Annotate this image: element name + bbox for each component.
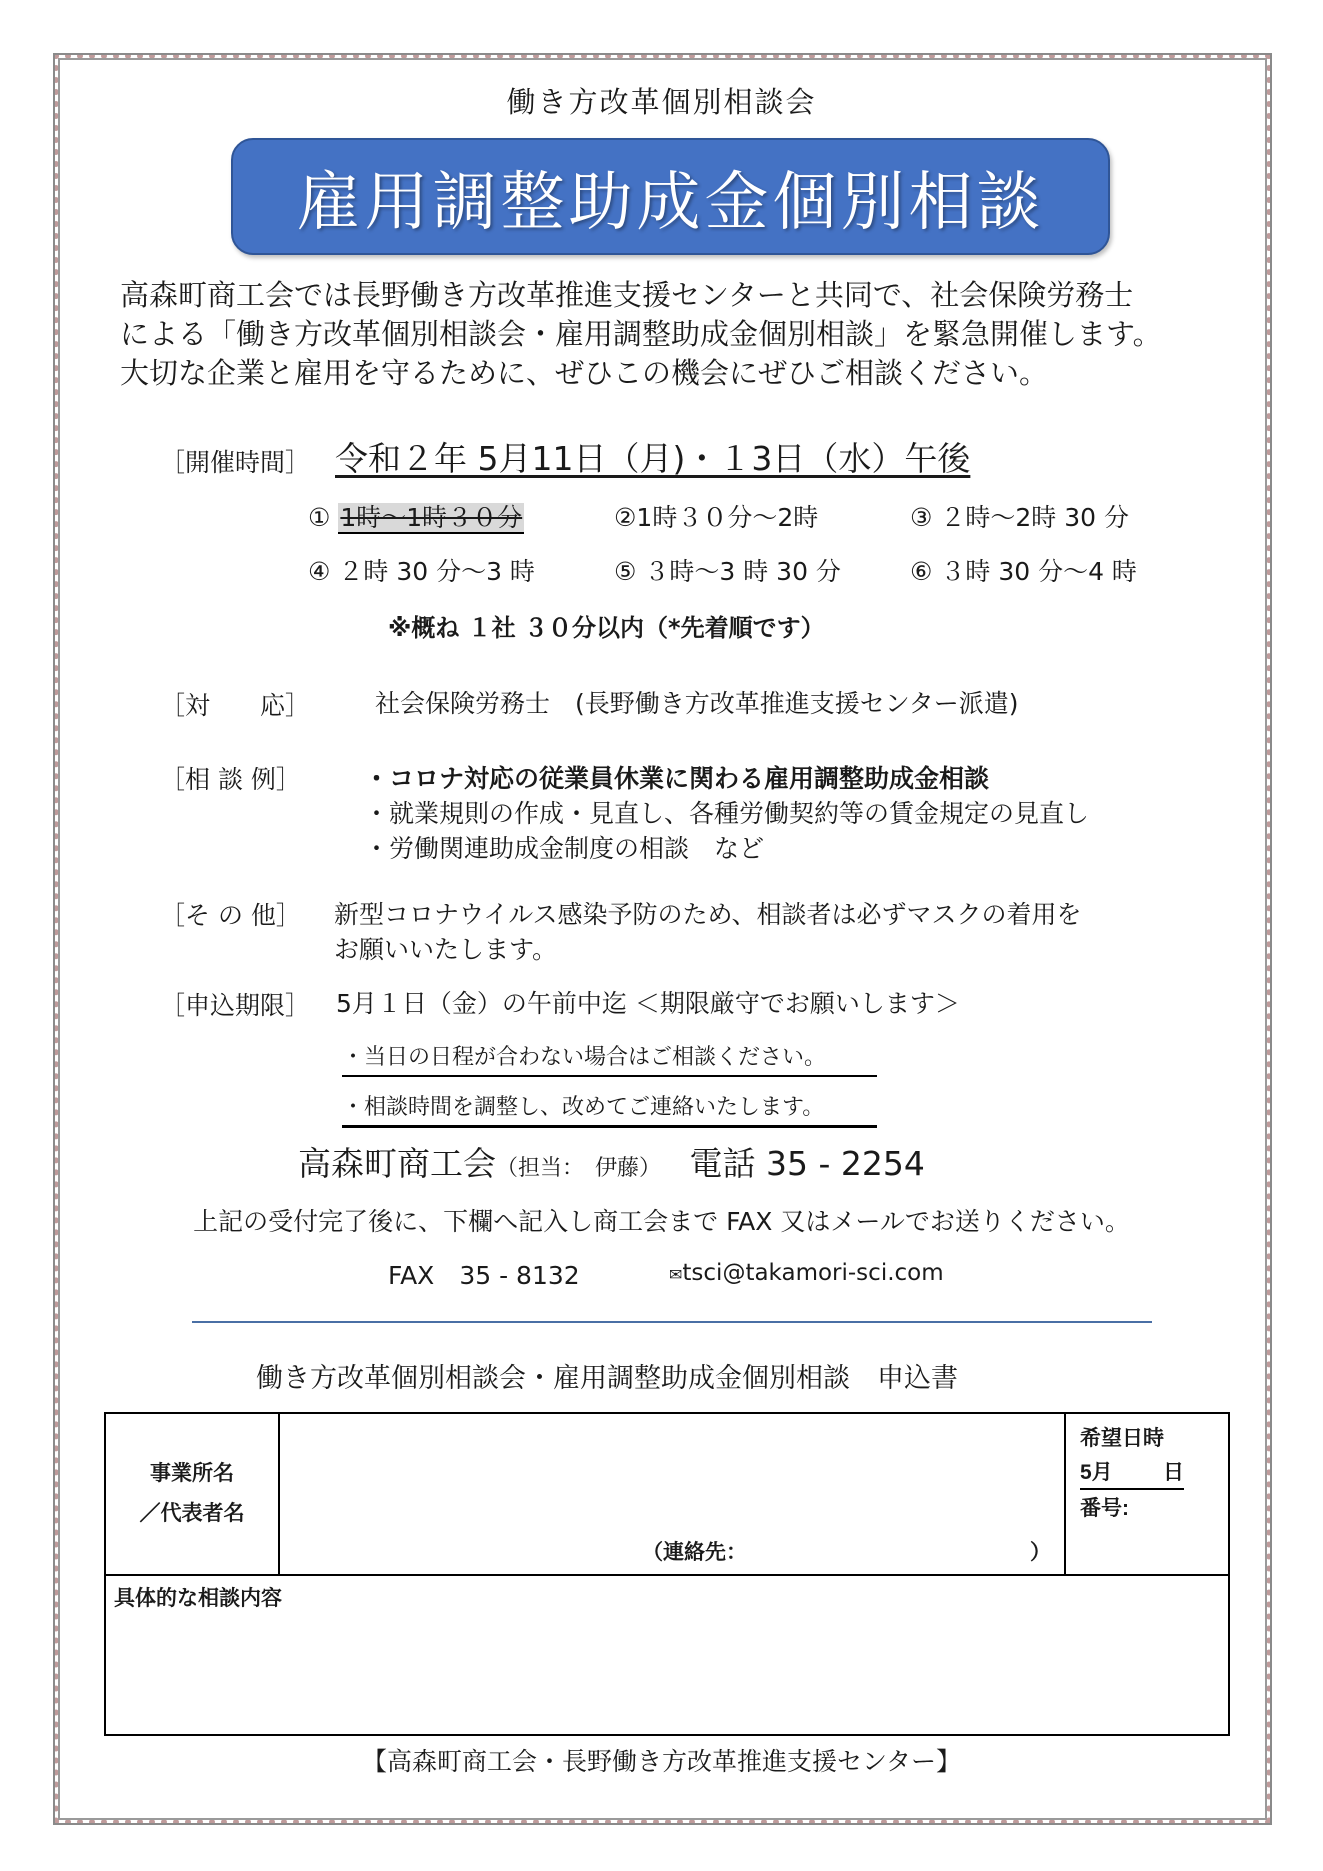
contact-instruction: 上記の受付完了後に、下欄へ記入し商工会まで FAX 又はメールでお送りください。 bbox=[0, 1202, 1323, 1238]
date-cell[interactable]: 希望日時 5月 日 番号: bbox=[1065, 1413, 1229, 1575]
slot-number: ① bbox=[308, 503, 330, 532]
responder-value: 社会保険労務士 (長野働き方改革推進支援センター派遣) bbox=[375, 684, 1019, 720]
example-item: ・就業規則の作成・見直し、各種労働契約等の賃金規定の見直し bbox=[364, 794, 1089, 830]
slot-number: ⑥ bbox=[910, 557, 932, 586]
contact-phone: 電話 35 - 2254 bbox=[690, 1144, 925, 1183]
footer-text: 【高森町商工会・長野働き方改革推進支援センター】 bbox=[0, 1742, 1323, 1778]
deadline-label: ［申込期限］ bbox=[160, 986, 310, 1022]
preferred-date-label: 希望日時 bbox=[1080, 1420, 1228, 1458]
details-cell[interactable]: 具体的な相談内容 bbox=[105, 1575, 1229, 1735]
example-item: ・労働関連助成金制度の相談 など bbox=[364, 829, 764, 865]
slot-6: ⑥ ３時 30 分～4 時 bbox=[910, 552, 1137, 588]
representative-label: ／代表者名 bbox=[106, 1494, 278, 1534]
contact-org: 高森町商工会 bbox=[298, 1144, 496, 1183]
slot-time: ２時 30 分～3 時 bbox=[338, 557, 535, 586]
other-line: お願いいたします。 bbox=[334, 930, 557, 966]
slot-3: ③ ２時～2時 30 分 bbox=[910, 498, 1129, 534]
schedule-date: 令和２年 5月11日（月)・１3日（水）午後 bbox=[335, 433, 970, 480]
intro-line: による「働き方改革個別相談会・雇用調整助成金個別相談」を緊急開催します。 bbox=[120, 315, 1220, 354]
contact-email-row: ✉tsci@takamori-sci.com bbox=[669, 1260, 944, 1286]
slot-2: ②1時３０分～2時 bbox=[614, 498, 818, 534]
intro-line: 高森町商工会では長野働き方改革推進支援センターと共同で、社会保険労務士 bbox=[120, 276, 1220, 315]
contact-close: ） bbox=[1030, 1536, 1051, 1566]
form-title: 働き方改革個別相談会・雇用調整助成金個別相談 申込書 bbox=[256, 1356, 958, 1395]
deadline-value: 5月１日（金）の午前中迄 ＜期限厳守でお願いします＞ bbox=[336, 984, 960, 1020]
contact-fax: FAX 35 - 8132 bbox=[388, 1256, 580, 1292]
banner-title: 雇用調整助成金個別相談 bbox=[297, 151, 1045, 243]
contact-line: 高森町商工会（担当： 伊藤） 電話 35 - 2254 bbox=[298, 1138, 925, 1185]
deadline-note: ・相談時間を調整し、改めてご連絡いたします。 bbox=[342, 1090, 877, 1128]
title-banner: 雇用調整助成金個別相談 bbox=[231, 138, 1110, 255]
slot-1: ① 1時～1時３０分 bbox=[308, 498, 524, 534]
deadline-note: ・当日の日程が合わない場合はご相談ください。 bbox=[342, 1040, 877, 1077]
subtitle: 働き方改革個別相談会 bbox=[0, 80, 1323, 121]
application-form: 事業所名 ／代表者名 （連絡先： ） 希望日時 5月 日 番号: 具体的な相談内… bbox=[104, 1412, 1230, 1736]
slot-time: 1時３０分～2時 bbox=[636, 503, 818, 532]
number-label: 番号: bbox=[1080, 1490, 1228, 1528]
examples-label: ［相 談 例］ bbox=[160, 760, 301, 796]
date-fill[interactable]: 5月 日 bbox=[1080, 1458, 1184, 1490]
envelope-icon: ✉ bbox=[669, 1265, 682, 1284]
date-month: 5月 bbox=[1080, 1458, 1113, 1488]
slot-5: ⑤ ３時～3 時 30 分 bbox=[614, 552, 841, 588]
contact-person: （担当： 伊藤） bbox=[496, 1156, 661, 1181]
slot-time-cancelled: 1時～1時３０分 bbox=[338, 503, 524, 534]
slot-number: ② bbox=[614, 503, 636, 532]
contact-email[interactable]: tsci@takamori-sci.com bbox=[682, 1260, 943, 1286]
slot-number: ⑤ bbox=[614, 557, 636, 586]
details-label: 具体的な相談内容 bbox=[114, 1582, 1220, 1612]
slot-number: ④ bbox=[308, 557, 330, 586]
schedule-note: ※概ね １社 ３０分以内（*先着順です） bbox=[388, 608, 825, 643]
slot-number: ③ bbox=[910, 503, 932, 532]
intro-line: 大切な企業と雇用を守るために、ぜひこの機会にぜひご相談ください。 bbox=[120, 354, 1220, 393]
slot-4: ④ ２時 30 分～3 時 bbox=[308, 552, 535, 588]
slot-time: ３時 30 分～4 時 bbox=[940, 557, 1137, 586]
example-item: ・コロナ対応の従業員休業に関わる雇用調整助成金相談 bbox=[364, 759, 989, 795]
slot-time: ２時～2時 30 分 bbox=[940, 503, 1129, 532]
contact-label: （連絡先： bbox=[642, 1536, 747, 1566]
schedule-label: ［開催時間］ bbox=[160, 443, 310, 479]
other-line: 新型コロナウイルス感染予防のため、相談者は必ずマスクの着用を bbox=[334, 895, 1082, 931]
slot-time: ３時～3 時 30 分 bbox=[644, 557, 841, 586]
responder-label: ［対 応］ bbox=[160, 686, 310, 722]
date-day: 日 bbox=[1163, 1458, 1184, 1488]
intro-paragraph: 高森町商工会では長野働き方改革推進支援センターと共同で、社会保険労務士 による「… bbox=[120, 276, 1220, 393]
other-label: ［そ の 他］ bbox=[160, 896, 301, 932]
name-label-cell: 事業所名 ／代表者名 bbox=[105, 1413, 279, 1575]
name-label: 事業所名 bbox=[106, 1454, 278, 1494]
section-divider bbox=[192, 1321, 1152, 1323]
name-input-cell[interactable]: （連絡先： ） bbox=[279, 1413, 1065, 1575]
